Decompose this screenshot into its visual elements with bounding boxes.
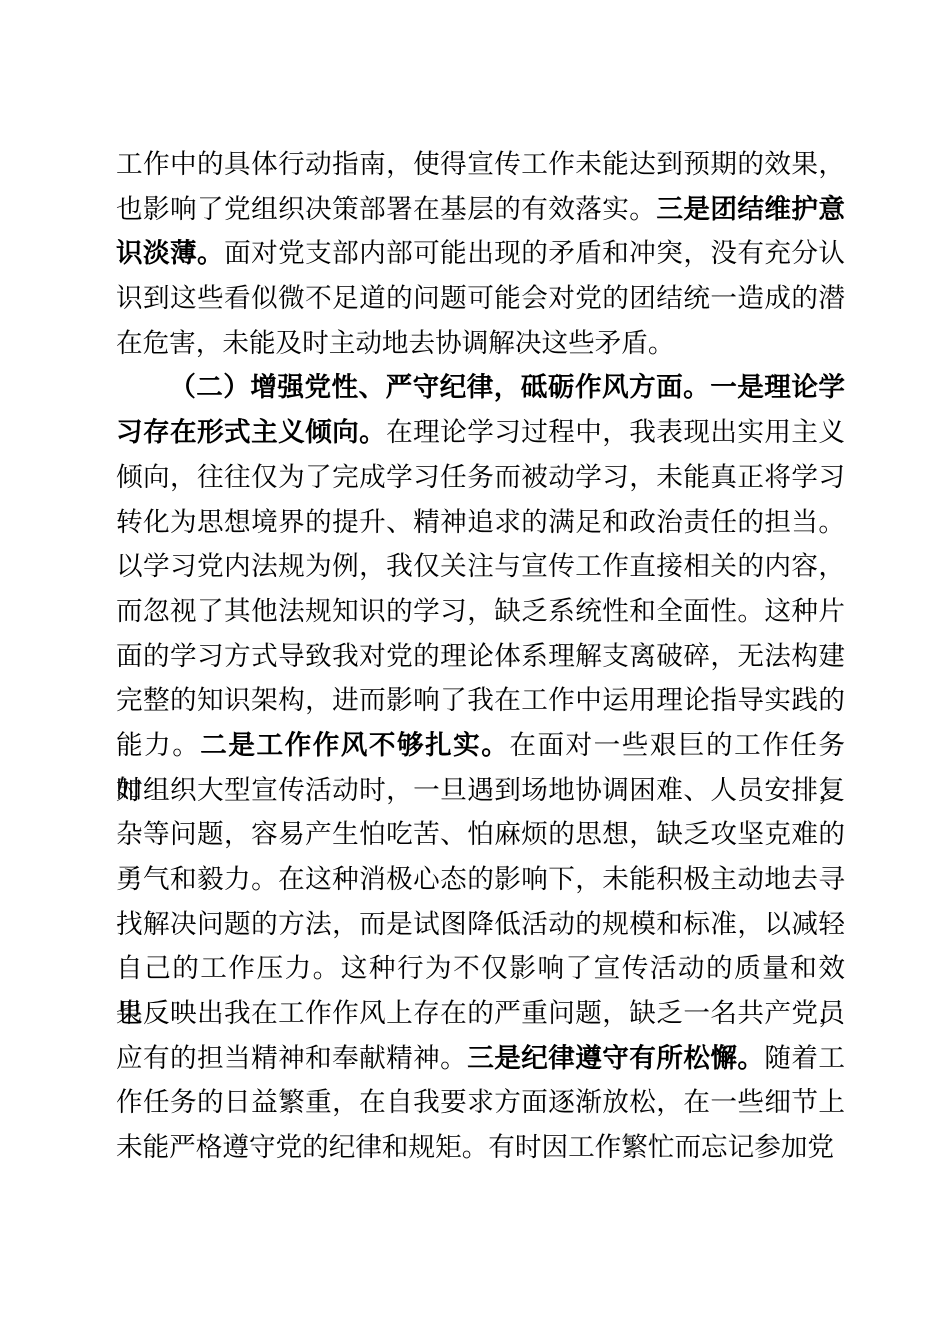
text-run: 面对党支部内部可能出现的矛盾和冲突，没有充分认	[224, 238, 845, 268]
text-line: 也影响了党组织决策部署在基层的有效落实。三是团结维护意	[116, 187, 845, 232]
text-run: 工作中的具体行动指南，使得宣传工作未能达到预期的效果，	[116, 149, 845, 179]
text-run-bold: 三是纪律遵守有所松懈。	[467, 1043, 764, 1073]
text-run: 面的学习方式导致我对党的理论体系理解支离破碎，无法构建	[116, 641, 845, 671]
text-line: 勇气和毅力。在这种消极心态的影响下，未能积极主动地去寻	[116, 857, 845, 902]
text-line: 完整的知识架构，进而影响了我在工作中运用理论指导实践的	[116, 678, 845, 723]
text-run: 而忽视了其他法规知识的学习，缺乏系统性和全面性。这种片	[116, 596, 845, 626]
text-run: 倾向，往往仅为了完成学习任务而被动学习，未能真正将学习	[116, 462, 845, 492]
text-run: 也影响了党组织决策部署在基层的有效落实。	[116, 194, 656, 224]
text-line: （二）增强党性、严守纪律，砥砺作风方面。一是理论学	[116, 365, 845, 410]
paragraph: 工作中的具体行动指南，使得宣传工作未能达到预期的效果，也影响了党组织决策部署在基…	[116, 142, 845, 365]
text-run: 如组织大型宣传活动时，一旦遇到场地协调困难、人员安排复	[116, 775, 845, 805]
text-line: 杂等问题，容易产生怕吃苦、怕麻烦的思想，缺乏攻坚克难的	[116, 812, 845, 857]
text-line: 倾向，往往仅为了完成学习任务而被动学习，未能真正将学习	[116, 455, 845, 500]
text-run: 未能严格遵守党的纪律和规矩。有时因工作繁忙而忘记参加党	[116, 1132, 834, 1162]
text-run: 作任务的日益繁重，在自我要求方面逐渐放松，在一些细节上	[116, 1087, 845, 1117]
text-run-bold: 习存在形式主义倾向。	[116, 417, 386, 447]
text-run: 转化为思想境界的提升、精神追求的满足和政治责任的担当。	[116, 507, 845, 537]
text-line: 以学习党内法规为例，我仅关注与宣传工作直接相关的内容，	[116, 544, 845, 589]
text-run-bold: 识淡薄。	[116, 238, 224, 268]
text-line: 工作中的具体行动指南，使得宣传工作未能达到预期的效果，	[116, 142, 845, 187]
text-line: 习存在形式主义倾向。在理论学习过程中，我表现出实用主义	[116, 410, 845, 455]
text-run: 识到这些看似微不足道的问题可能会对党的团结统一造成的潜	[116, 283, 845, 313]
text-run: 杂等问题，容易产生怕吃苦、怕麻烦的思想，缺乏攻坚克难的	[116, 819, 845, 849]
text-run: 在危害，未能及时主动地去协调解决这些矛盾。	[116, 328, 674, 358]
text-run: 在理论学习过程中，我表现出实用主义	[386, 417, 845, 447]
text-line: 而忽视了其他法规知识的学习，缺乏系统性和全面性。这种片	[116, 589, 845, 634]
text-line: 应有的担当精神和奉献精神。三是纪律遵守有所松懈。随着工	[116, 1036, 845, 1081]
text-run-bold: （二）增强党性、严守纪律，砥砺作风方面。一是理论学	[169, 372, 845, 402]
text-run: 找解决问题的方法，而是试图降低活动的规模和标准，以减轻	[116, 909, 845, 939]
text-run: 勇气和毅力。在这种消极心态的影响下，未能积极主动地去寻	[116, 864, 845, 894]
text-run: 能力。	[116, 730, 200, 760]
text-run-bold: 三是团结维护意	[656, 194, 845, 224]
paragraph: （二）增强党性、严守纪律，砥砺作风方面。一是理论学习存在形式主义倾向。在理论学习…	[116, 365, 845, 1169]
text-line: 识淡薄。面对党支部内部可能出现的矛盾和冲突，没有充分认	[116, 231, 845, 276]
document-text: 工作中的具体行动指南，使得宣传工作未能达到预期的效果，也影响了党组织决策部署在基…	[116, 142, 845, 1170]
text-run: 也反映出我在工作作风上存在的严重问题，缺乏一名共产党员	[116, 998, 845, 1028]
text-run: 以学习党内法规为例，我仅关注与宣传工作直接相关的内容，	[116, 551, 845, 581]
text-line: 也反映出我在工作作风上存在的严重问题，缺乏一名共产党员	[116, 991, 845, 1036]
text-line: 找解决问题的方法，而是试图降低活动的规模和标准，以减轻	[116, 902, 845, 947]
text-run: 随着工	[764, 1043, 845, 1073]
text-run: 应有的担当精神和奉献精神。	[116, 1043, 467, 1073]
text-line: 作任务的日益繁重，在自我要求方面逐渐放松，在一些细节上	[116, 1080, 845, 1125]
text-line: 如组织大型宣传活动时，一旦遇到场地协调困难、人员安排复	[116, 768, 845, 813]
text-line: 转化为思想境界的提升、精神追求的满足和政治责任的担当。	[116, 500, 845, 545]
text-run-bold: 二是工作作风不够扎实。	[200, 730, 509, 760]
text-line: 在危害，未能及时主动地去协调解决这些矛盾。	[116, 321, 845, 366]
text-line: 识到这些看似微不足道的问题可能会对党的团结统一造成的潜	[116, 276, 845, 321]
text-line: 自己的工作压力。这种行为不仅影响了宣传活动的质量和效果，	[116, 946, 845, 991]
document-page: 工作中的具体行动指南，使得宣传工作未能达到预期的效果，也影响了党组织决策部署在基…	[0, 0, 950, 1344]
text-line: 未能严格遵守党的纪律和规矩。有时因工作繁忙而忘记参加党	[116, 1125, 845, 1170]
text-line: 能力。二是工作作风不够扎实。在面对一些艰巨的工作任务时，	[116, 723, 845, 768]
text-line: 面的学习方式导致我对党的理论体系理解支离破碎，无法构建	[116, 634, 845, 679]
text-run: 完整的知识架构，进而影响了我在工作中运用理论指导实践的	[116, 685, 845, 715]
